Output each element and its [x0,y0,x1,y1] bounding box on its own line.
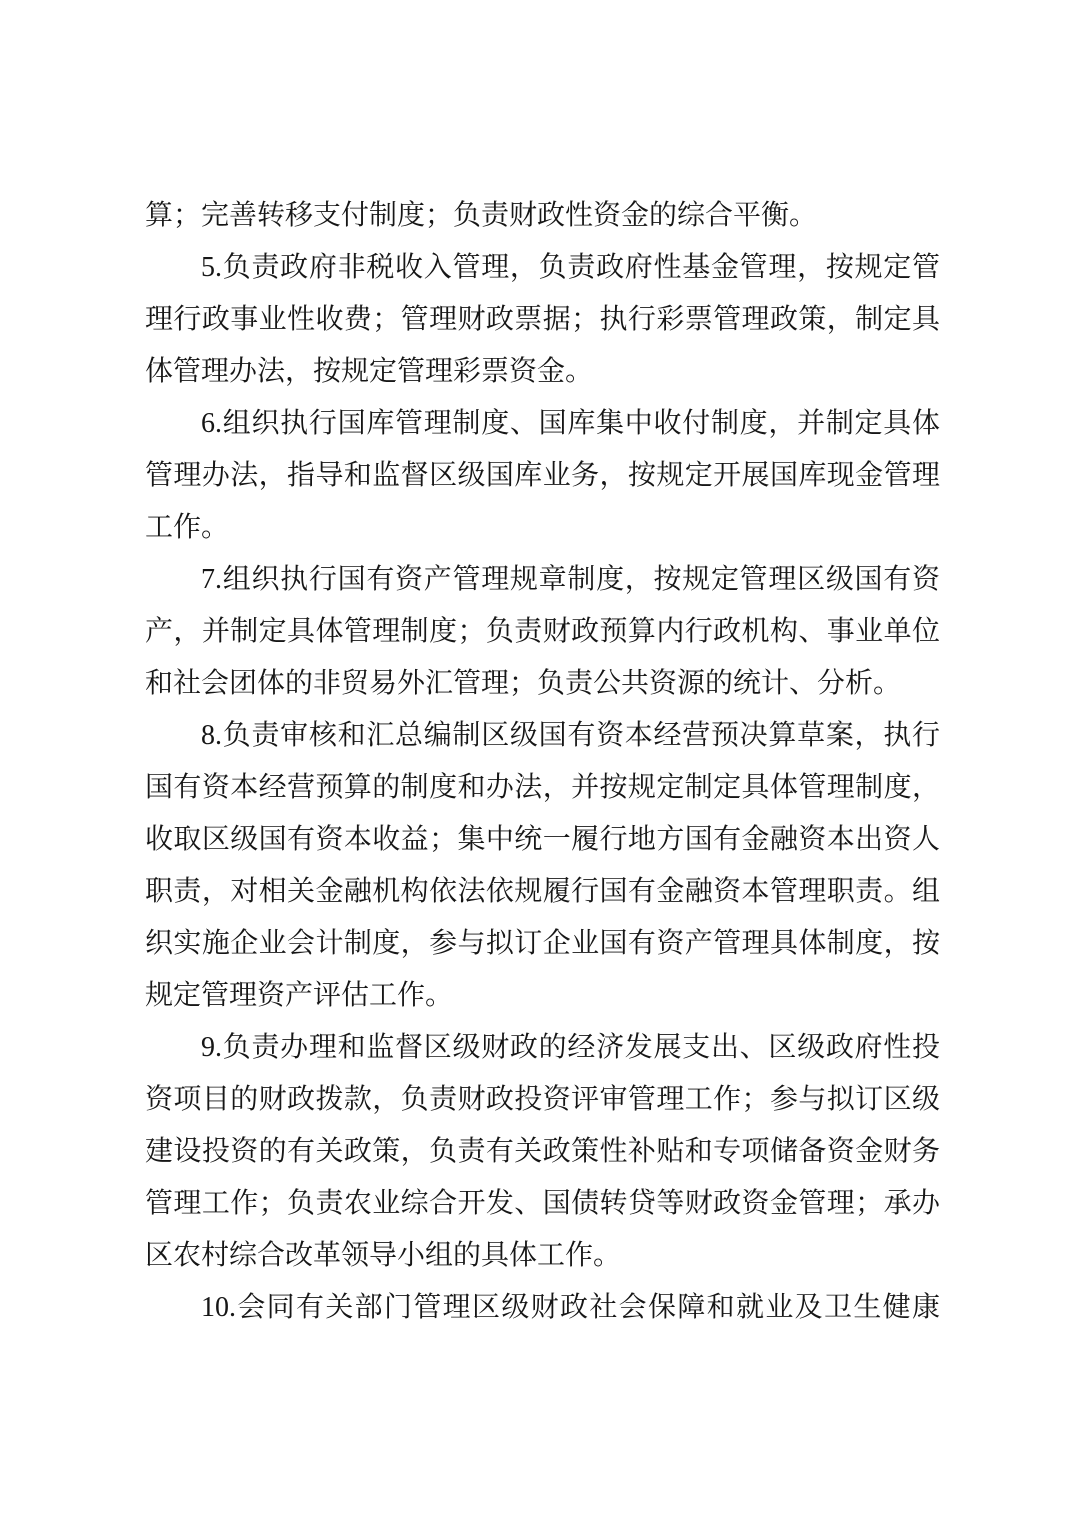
document-page: 算；完善转移支付制度；负责财政性资金的综合平衡。 5.负责政府非税收入管理，负责… [0,0,1074,1520]
text-line: 资项目的财政拨款，负责财政投资评审管理工作；参与拟订区级 [145,1074,940,1126]
text-line: 管理办法，指导和监督区级国库业务，按规定开展国库现金管理 [145,450,940,502]
paragraph-item-9: 9.负责办理和监督区级财政的经济发展支出、区级政府性投 资项目的财政拨款，负责财… [145,1022,940,1282]
paragraph-item-10: 10.会同有关部门管理区级财政社会保障和就业及卫生健康 [145,1282,940,1334]
text-line: 产，并制定具体管理制度；负责财政预算内行政机构、事业单位 [145,606,940,658]
paragraph-item-5: 5.负责政府非税收入管理，负责政府性基金管理，按规定管 理行政事业性收费；管理财… [145,242,940,398]
text-line: 8.负责审核和汇总编制区级国有资本经营预决算草案，执行 [145,710,940,762]
text-line: 职责，对相关金融机构依法依规履行国有金融资本管理职责。组 [145,866,940,918]
text-line: 6.组织执行国库管理制度、国库集中收付制度，并制定具体 [145,398,940,450]
document-body: 算；完善转移支付制度；负责财政性资金的综合平衡。 5.负责政府非税收入管理，负责… [145,190,940,1334]
text-line: 9.负责办理和监督区级财政的经济发展支出、区级政府性投 [145,1022,940,1074]
paragraph-item-6: 6.组织执行国库管理制度、国库集中收付制度，并制定具体 管理办法，指导和监督区级… [145,398,940,554]
text-line: 建设投资的有关政策，负责有关政策性补贴和专项储备资金财务 [145,1126,940,1178]
paragraph-continuation: 算；完善转移支付制度；负责财政性资金的综合平衡。 [145,190,940,242]
paragraph-item-7: 7.组织执行国有资产管理规章制度，按规定管理区级国有资 产，并制定具体管理制度；… [145,554,940,710]
text-line: 收取区级国有资本收益；集中统一履行地方国有金融资本出资人 [145,814,940,866]
text-line: 体管理办法，按规定管理彩票资金。 [145,346,940,398]
text-line: 算；完善转移支付制度；负责财政性资金的综合平衡。 [145,190,940,242]
text-line: 管理工作；负责农业综合开发、国债转贷等财政资金管理；承办 [145,1178,940,1230]
text-line: 工作。 [145,502,940,554]
text-line: 和社会团体的非贸易外汇管理；负责公共资源的统计、分析。 [145,658,940,710]
text-line: 规定管理资产评估工作。 [145,970,940,1022]
text-line: 区农村综合改革领导小组的具体工作。 [145,1230,940,1282]
text-line: 10.会同有关部门管理区级财政社会保障和就业及卫生健康 [145,1282,940,1334]
text-line: 织实施企业会计制度，参与拟订企业国有资产管理具体制度，按 [145,918,940,970]
text-line: 5.负责政府非税收入管理，负责政府性基金管理，按规定管 [145,242,940,294]
paragraph-item-8: 8.负责审核和汇总编制区级国有资本经营预决算草案，执行 国有资本经营预算的制度和… [145,710,940,1022]
text-line: 理行政事业性收费；管理财政票据；执行彩票管理政策，制定具 [145,294,940,346]
text-line: 国有资本经营预算的制度和办法，并按规定制定具体管理制度， [145,762,940,814]
text-line: 7.组织执行国有资产管理规章制度，按规定管理区级国有资 [145,554,940,606]
